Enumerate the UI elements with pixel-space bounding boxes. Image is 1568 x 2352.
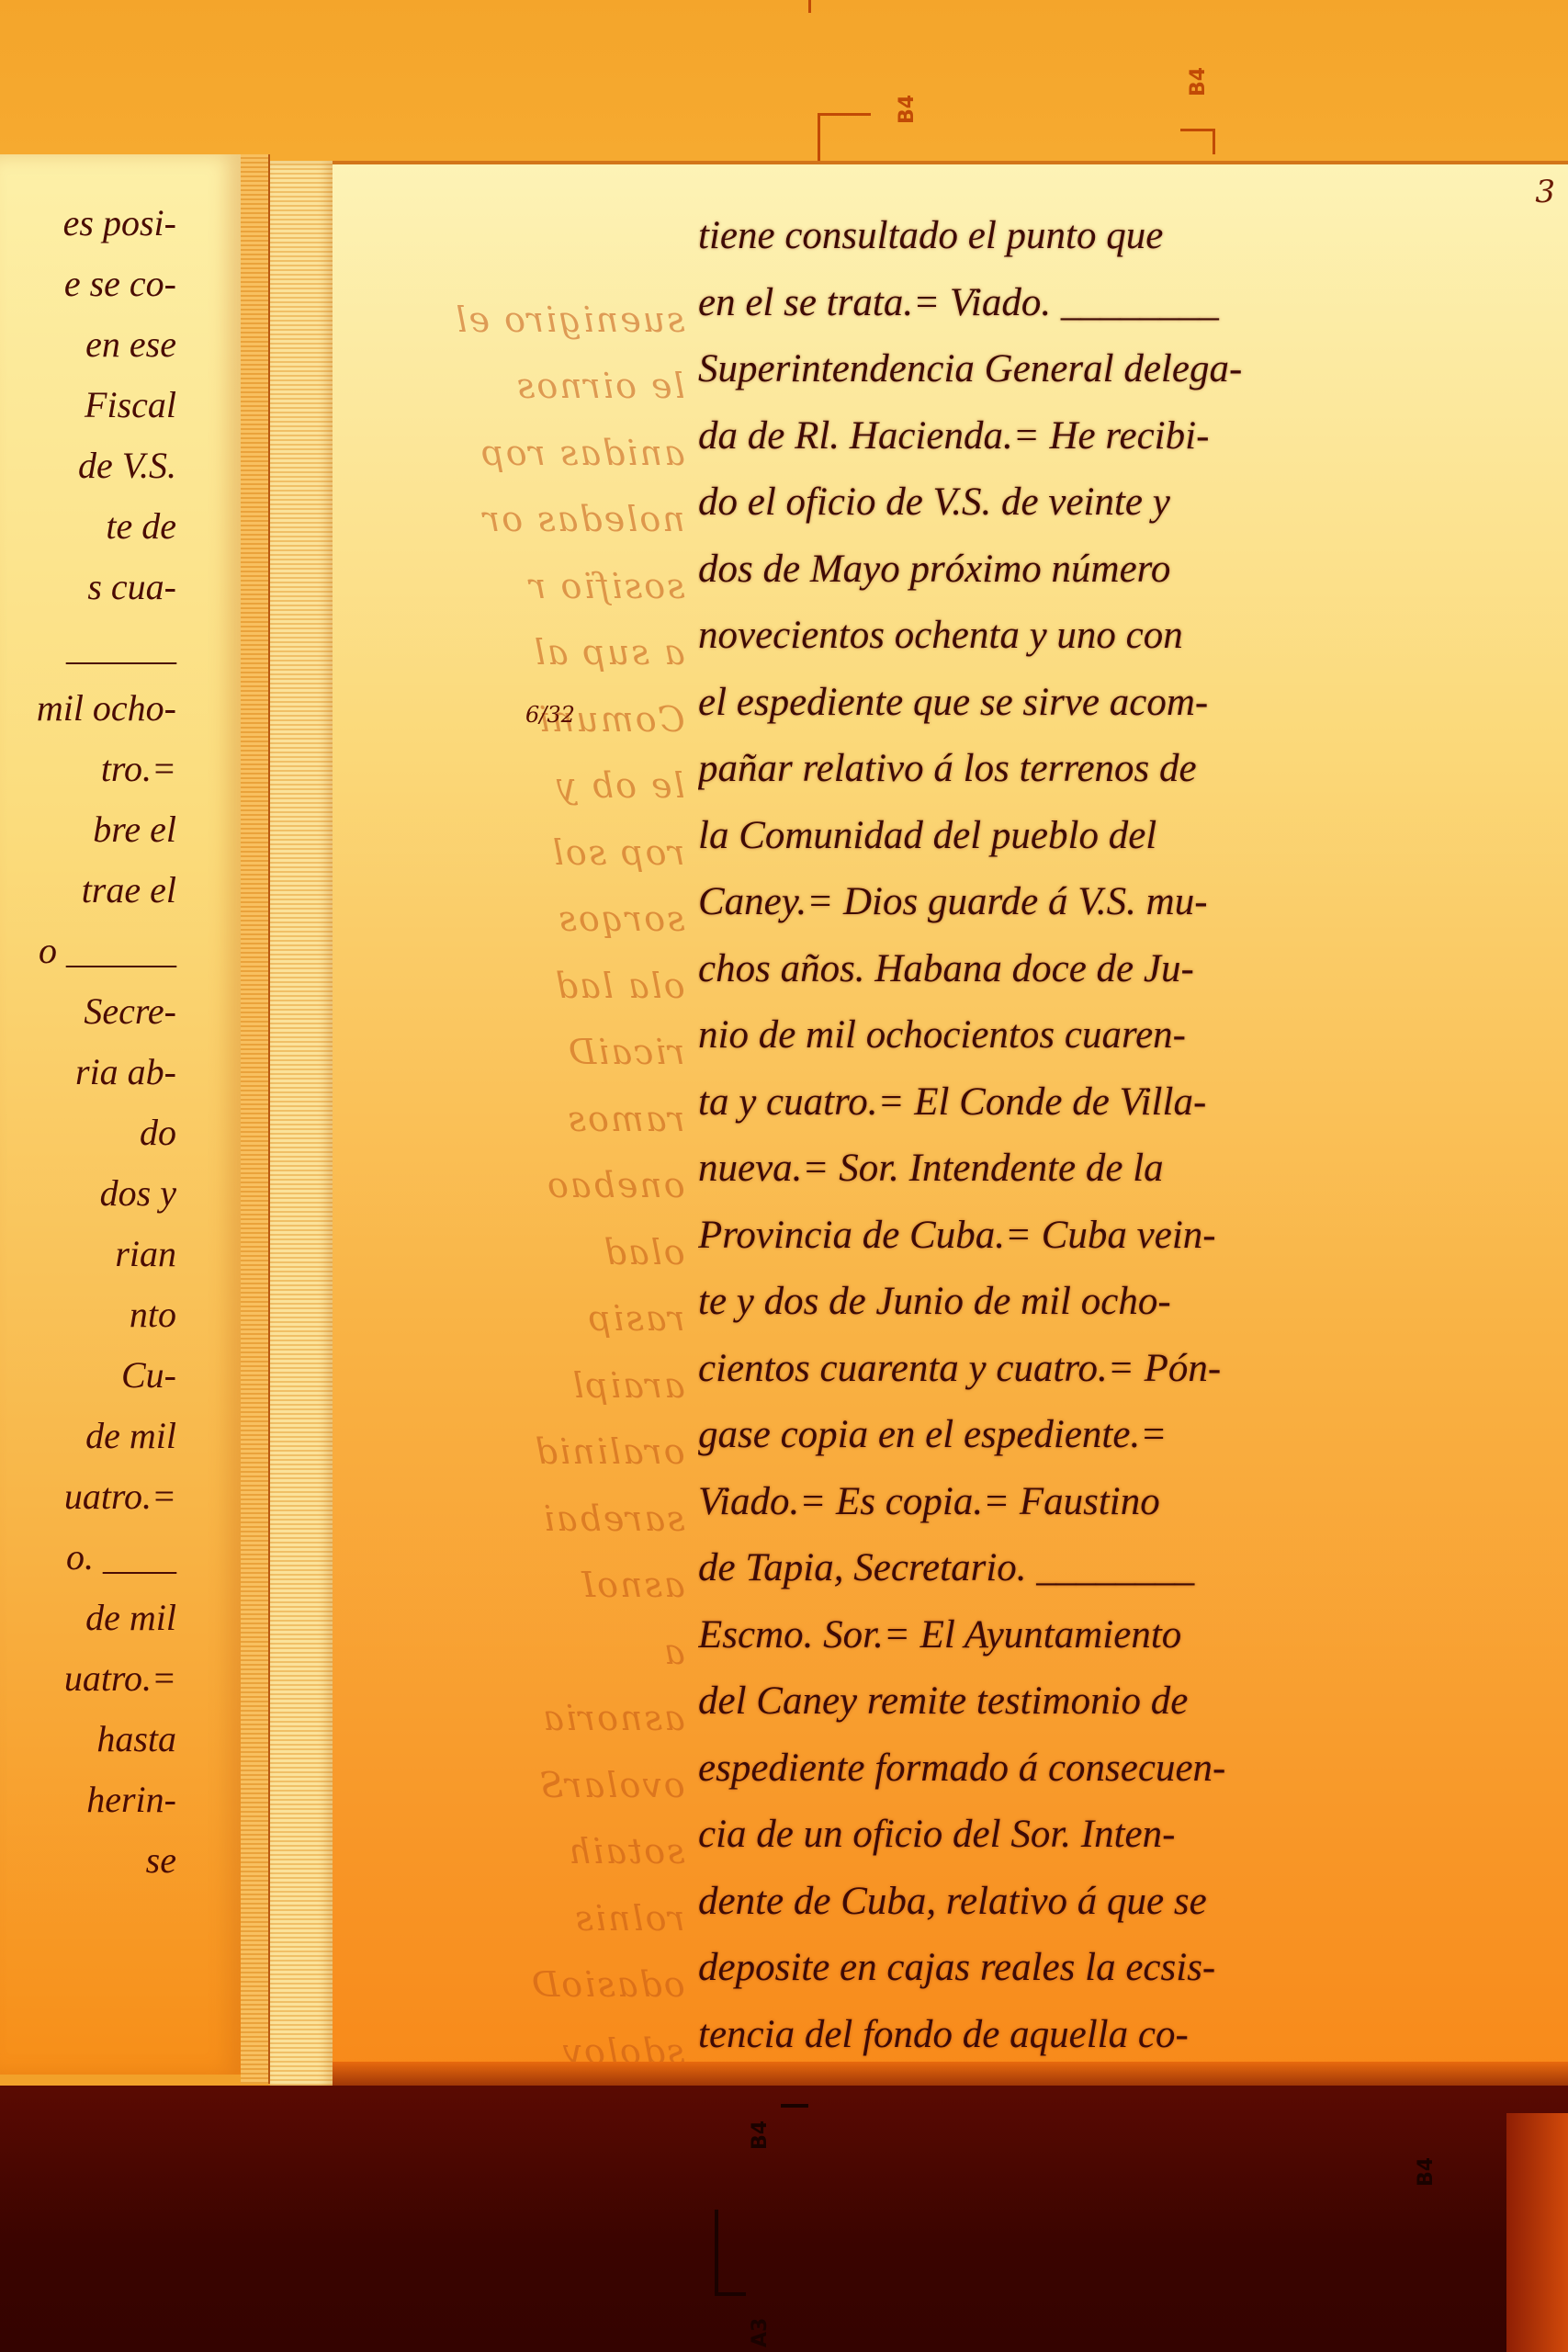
manuscript-line: gase copia en el espediente.=: [698, 1402, 1568, 1469]
bleed-line: a sup al: [533, 632, 685, 673]
manuscript-line: dente de Cuba, relativo á que se: [698, 1869, 1568, 1936]
manuscript-line: dos de Mayo próximo número: [698, 537, 1568, 604]
left-line: de mil: [0, 1588, 176, 1648]
left-line: es posi-: [0, 193, 176, 254]
manuscript-line: ta y cuatro.= El Conde de Villa-: [698, 1069, 1568, 1136]
manuscript-line: cia de un oficio del Sor. Inten-: [698, 1802, 1568, 1869]
left-line: dos y: [0, 1163, 176, 1224]
left-line: nto: [0, 1284, 176, 1345]
bleed-line: a: [662, 1632, 685, 1672]
manuscript-line: Viado.= Es copia.= Faustino: [698, 1469, 1568, 1536]
left-line: rian: [0, 1224, 176, 1284]
left-page-text: es posi- e se co- en ese Fiscal de V.S. …: [0, 193, 230, 1891]
manuscript-line: tiene consultado el punto que: [698, 203, 1568, 270]
bleed-line: olad: [603, 1232, 685, 1272]
left-line: ria ab-: [0, 1042, 176, 1102]
manuscript-line: cientos cuarenta y cuatro.= Pón-: [698, 1336, 1568, 1403]
ruler-bracket-top-left: [818, 113, 871, 162]
left-line: uatro.=: [0, 1648, 176, 1709]
ruler-marker-bottom-left: B4: [749, 2120, 772, 2150]
manuscript-line: Provincia de Cuba.= Cuba vein-: [698, 1203, 1568, 1270]
left-line: mil ocho-: [0, 678, 176, 739]
left-line: de mil: [0, 1406, 176, 1466]
left-line: hasta: [0, 1709, 176, 1770]
ruler-marker-top-left: B4: [896, 95, 919, 124]
ruler-bracket-bottom-left: [715, 2210, 746, 2296]
ruler-tick-bottom-left: [781, 2104, 808, 2108]
left-line: se: [0, 1830, 176, 1891]
left-line: o. ____: [0, 1527, 176, 1588]
manuscript-line: el espediente que se sirve acom-: [698, 670, 1568, 737]
left-line: te de: [0, 496, 176, 557]
manuscript-line: Caney.= Dios guarde á V.S. mu-: [698, 869, 1568, 936]
ruler-marker-bottom-right: B4: [1415, 2157, 1438, 2187]
copy-stand-top: [0, 0, 1568, 161]
book-spine-cloth-left: [241, 154, 270, 2084]
bleed-line: sdolov: [560, 2031, 684, 2072]
manuscript-line: Escmo. Sor.= El Ayuntamiento: [698, 1602, 1568, 1669]
bleed-line: oralinid: [534, 1431, 685, 1472]
bleed-line: asnoria: [541, 1698, 684, 1738]
bleed-line: anidas rop: [479, 433, 684, 473]
manuscript-line: la Comunidad del pueblo del: [698, 803, 1568, 870]
left-line: ______: [0, 617, 176, 678]
bleed-line: ricaiD: [567, 1032, 685, 1072]
manuscript-line: en el se trata.= Viado. ________: [698, 270, 1568, 337]
bleed-line: rolnis: [573, 1898, 684, 1939]
bleed-line: noledas or: [481, 499, 685, 539]
left-line: de V.S.: [0, 435, 176, 496]
right-page: 3 suenigiro el le oirnos anidas rop nole…: [333, 161, 1568, 2071]
manuscript-line: nueva.= Sor. Intendente de la: [698, 1136, 1568, 1203]
copy-stand-bottom-edge: [1506, 2113, 1568, 2352]
right-page-text: tiene consultado el punto que en el se t…: [698, 203, 1568, 2068]
bleed-line: onebao: [546, 1165, 685, 1205]
left-line: Fiscal: [0, 375, 176, 435]
left-line: herin-: [0, 1770, 176, 1830]
bleed-line: ovolarS: [537, 1765, 684, 1805]
manuscript-line: de Tapia, Secretario. ________: [698, 1535, 1568, 1602]
ruler-bracket-top-right: [1180, 129, 1215, 154]
bleed-line: suenigiro el: [454, 300, 684, 340]
ruler-tick-top: [808, 0, 811, 13]
bleed-line: sotaih: [567, 1831, 685, 1871]
bleed-line: rasip: [587, 1298, 685, 1339]
manuscript-line: da de Rl. Hacienda.= He recibi-: [698, 403, 1568, 470]
left-line: trae el: [0, 860, 176, 921]
manuscript-line: te y dos de Junio de mil ocho-: [698, 1269, 1568, 1336]
manuscript-line: del Caney remite testimonio de: [698, 1668, 1568, 1736]
left-line: Cu-: [0, 1345, 176, 1406]
left-line: uatro.=: [0, 1466, 176, 1527]
left-line: tro.=: [0, 739, 176, 799]
left-line: o ______: [0, 921, 176, 981]
manuscript-line: pañar relativo á los terrenos de: [698, 736, 1568, 803]
manuscript-line: do el oficio de V.S. de veinte y: [698, 469, 1568, 537]
bleed-line: ramos: [566, 1099, 684, 1139]
bleed-line: rop sol: [551, 832, 685, 873]
bleed-line: le ob y: [555, 765, 684, 806]
bleed-line: ola lad: [554, 966, 685, 1006]
bleed-line: sarebai: [542, 1498, 685, 1539]
copy-stand-bottom: [0, 2086, 1568, 2352]
ruler-marker-top-right: B4: [1187, 67, 1210, 96]
left-line: bre el: [0, 799, 176, 860]
bleed-line: araipl: [571, 1365, 685, 1406]
manuscript-line: nio de mil ochocientos cuaren-: [698, 1002, 1568, 1069]
left-page: es posi- e se co- en ese Fiscal de V.S. …: [0, 154, 243, 2075]
bleed-through-text: suenigiro el le oirnos anidas rop noleda…: [388, 220, 737, 2218]
left-line: s cua-: [0, 557, 176, 617]
left-line: e se co-: [0, 254, 176, 314]
manuscript-line: chos años. Habana doce de Ju-: [698, 936, 1568, 1003]
manuscript-line: espediente formado á consecuen-: [698, 1736, 1568, 1803]
bleed-line: odasioD: [530, 1964, 685, 2005]
bleed-line: sosifio r: [527, 566, 684, 606]
ruler-marker-bottom-left-lower: A3: [749, 2318, 772, 2347]
manuscript-line: Superintendencia General delega-: [698, 336, 1568, 403]
left-line: Secre-: [0, 981, 176, 1042]
manuscript-line: tencia del fondo de aquella co-: [698, 2002, 1568, 2069]
left-line: en ese: [0, 314, 176, 375]
manuscript-line: deposite en cajas reales la ecsis-: [698, 1935, 1568, 2002]
book-spine-cloth-right: [270, 161, 333, 2090]
bleed-line: le oirnos: [515, 366, 685, 406]
bleed-line: sorqos: [557, 899, 684, 939]
folio-mark: 6/32: [525, 702, 575, 728]
bleed-line: asnoI: [580, 1565, 685, 1605]
manuscript-line: novecientos ochenta y uno con: [698, 603, 1568, 670]
left-line: do: [0, 1102, 176, 1163]
